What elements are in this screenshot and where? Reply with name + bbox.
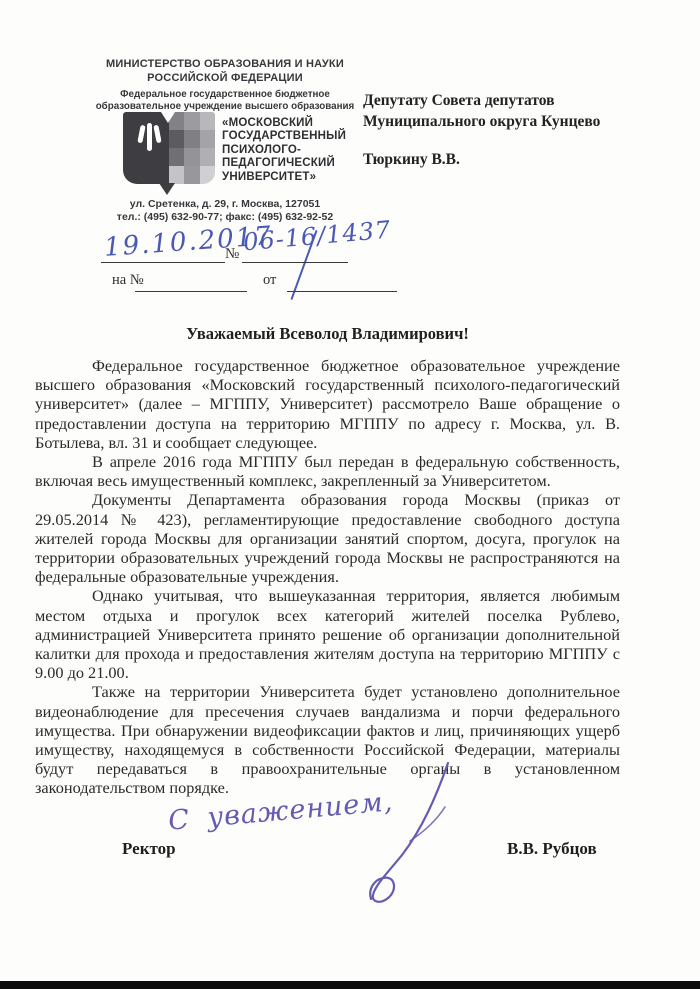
letterhead-contacts: ул. Сретенка, д. 29, г. Москва, 127051 т… [85, 198, 365, 224]
logo-checker-cell [200, 112, 215, 130]
logo-checker-cell [200, 130, 215, 148]
ministry-line: МИНИСТЕРСТВО ОБРАЗОВАНИЯ И НАУКИ [95, 58, 355, 72]
body-paragraph: Однако учитывая, что вышеуказанная терри… [35, 586, 620, 682]
university-name-line: «МОСКОВСКИЙ [222, 117, 357, 130]
reply-number-underline [135, 291, 247, 292]
logo-checker-cell [169, 130, 184, 148]
address-line: ул. Сретенка, д. 29, г. Москва, 127051 [85, 198, 365, 211]
reply-from-label: от [263, 272, 276, 289]
ministry-name: МИНИСТЕРСТВО ОБРАЗОВАНИЯ И НАУКИ РОССИЙС… [95, 58, 355, 85]
body-paragraph: В апреле 2016 года МГППУ был передан в ф… [35, 452, 620, 490]
logo-checker-cell [169, 166, 184, 184]
number-sign: № [225, 246, 239, 263]
letterhead: МИНИСТЕРСТВО ОБРАЗОВАНИЯ И НАУКИ РОССИЙС… [95, 58, 355, 112]
salutation: Уважаемый Всеволод Владимирович! [35, 324, 620, 344]
letter-body: Федеральное государственное бюджетное об… [35, 356, 620, 798]
logo-checker-cell [169, 148, 184, 166]
logo-checker-cell [184, 130, 199, 148]
recipient-name: Тюркину В.В. [363, 149, 683, 170]
logo-checker-cell [200, 166, 215, 184]
university-name: «МОСКОВСКИЙ ГОСУДАРСТВЕННЫЙ ПСИХОЛОГО- П… [222, 117, 357, 184]
logo-checker [169, 112, 215, 184]
logo-checker-cell [200, 148, 215, 166]
psi-icon [147, 123, 152, 151]
reply-from-underline [287, 291, 397, 292]
body-paragraph: Также на территории Университета будет у… [35, 682, 620, 797]
logo-top-notch [161, 112, 175, 123]
signature-flourish [348, 757, 458, 907]
signer-position: Ректор [122, 839, 176, 859]
org-type-line: образовательное учреждение высшего образ… [95, 101, 355, 113]
recipient-block: Депутату Совета депутатов Муниципального… [363, 90, 683, 170]
number-underline [242, 262, 348, 263]
body-paragraph: Документы Департамента образования город… [35, 490, 620, 586]
logo-bottom-point [159, 183, 175, 195]
mgppu-logo [123, 112, 215, 196]
university-name-line: УНИВЕРСИТЕТ» [222, 171, 357, 184]
scanned-letter-page: МИНИСТЕРСТВО ОБРАЗОВАНИЯ И НАУКИ РОССИЙС… [0, 0, 700, 989]
university-name-line: ПСИХОЛОГО- [222, 144, 357, 157]
signer-name: В.В. Рубцов [507, 839, 597, 859]
org-type: Федеральное государственное бюджетное об… [95, 89, 355, 112]
logo-checker-cell [184, 112, 199, 130]
logo-checker-cell [184, 166, 199, 184]
body-paragraph: Федеральное государственное бюджетное об… [35, 356, 620, 452]
scan-edge-bar [0, 981, 700, 989]
university-name-line: ПЕДАГОГИЧЕСКИЙ [222, 157, 357, 170]
ministry-line: РОССИЙСКОЙ ФЕДЕРАЦИИ [95, 72, 355, 86]
recipient-line: Муниципального округа Кунцево [363, 111, 683, 132]
recipient-line: Депутату Совета депутатов [363, 90, 683, 111]
reply-number-label: на № [112, 272, 144, 289]
date-underline [101, 262, 225, 263]
logo-checker-cell [184, 148, 199, 166]
org-type-line: Федеральное государственное бюджетное [95, 89, 355, 101]
university-name-line: ГОСУДАРСТВЕННЫЙ [222, 130, 357, 143]
